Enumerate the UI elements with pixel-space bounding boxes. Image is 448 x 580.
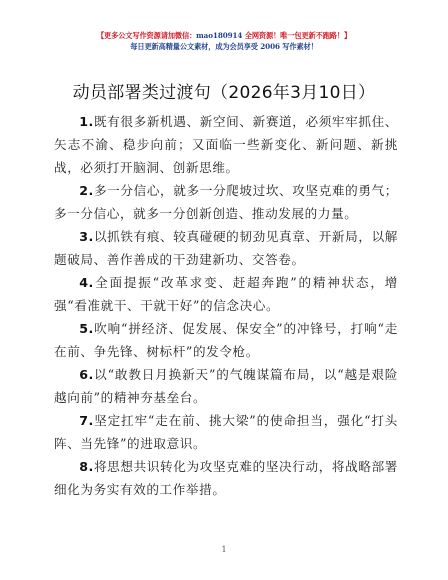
paragraph-number: 5. [79, 321, 94, 336]
document-page: 【更多公文写作资源请加微信：mao180914 全网资源！唯一包更新不跑路！】 … [0, 0, 448, 580]
document-title: 动员部署类过渡句（2026年3月10日） [0, 82, 448, 104]
paragraph-text: 以抓铁有痕、较真碰硬的韧劲见真章、开新局，以解题破局、善作善成的干劲建新功、交答… [54, 229, 398, 267]
paragraph-5: 5.吹响“拼经济、促发展、保安全”的冲锋号，打响“走在前、争先锋、树标杆”的发令… [54, 318, 398, 364]
promo-wechat-id: mao180914 [196, 31, 242, 40]
paragraph-number: 7. [79, 413, 94, 428]
promo-banner-line-2: 每日更新高精量公文素材，成为会员享受 2006 写作素材！ [0, 42, 448, 52]
paragraph-number: 4. [79, 275, 94, 290]
paragraph-number: 1. [79, 114, 94, 129]
paragraph-7: 7.坚定扛牢“走在前、挑大梁”的使命担当，强化“打头阵、当先锋”的进取意识。 [54, 410, 398, 456]
paragraph-8: 8.将思想共识转化为攻坚克难的坚决行动，将战略部署细化为务实有效的工作举措。 [54, 456, 398, 502]
paragraph-4: 4.全面提振“改革求变、赶超奔跑”的精神状态，增强“看准就干、干就干好”的信念决… [54, 272, 398, 318]
paragraph-6: 6.以“敢教日月换新天”的气魄谋篇布局，以“越是艰险越向前”的精神夯基垒台。 [54, 364, 398, 410]
document-body: 1.既有很多新机遇、新空间、新赛道，必须牢牢抓住、矢志不渝、稳步向前；又面临一些… [54, 111, 398, 502]
promo-prefix: 【更多公文写作资源请加微信： [97, 31, 196, 40]
paragraph-text: 吹响“拼经济、促发展、保安全”的冲锋号，打响“走在前、争先锋、树标杆”的发令枪。 [54, 321, 398, 359]
paragraph-text: 以“敢教日月换新天”的气魄谋篇布局，以“越是艰险越向前”的精神夯基垒台。 [54, 367, 398, 405]
paragraph-number: 3. [79, 229, 94, 244]
paragraph-number: 6. [79, 367, 94, 382]
paragraph-number: 8. [79, 459, 94, 474]
paragraph-3: 3.以抓铁有痕、较真碰硬的韧劲见真章、开新局，以解题破局、善作善成的干劲建新功、… [54, 226, 398, 272]
paragraph-text: 坚定扛牢“走在前、挑大梁”的使命担当，强化“打头阵、当先锋”的进取意识。 [54, 413, 398, 451]
promo-suffix: 全网资源！唯一包更新不跑路！】 [242, 31, 351, 40]
paragraph-number: 2. [79, 183, 94, 198]
page-number: 1 [0, 545, 448, 554]
paragraph-text: 将思想共识转化为攻坚克难的坚决行动，将战略部署细化为务实有效的工作举措。 [54, 459, 398, 497]
promo-banner-line-1: 【更多公文写作资源请加微信：mao180914 全网资源！唯一包更新不跑路！】 [0, 31, 448, 41]
paragraph-text: 既有很多新机遇、新空间、新赛道，必须牢牢抓住、矢志不渝、稳步向前；又面临一些新变… [54, 114, 398, 175]
paragraph-text: 全面提振“改革求变、赶超奔跑”的精神状态，增强“看准就干、干就干好”的信念决心。 [54, 275, 398, 313]
paragraph-text: 多一分信心，就多一分爬坡过坎、攻坚克难的勇气；多一分信心，就多一分创新创造、推动… [54, 183, 398, 221]
paragraph-2: 2.多一分信心，就多一分爬坡过坎、攻坚克难的勇气；多一分信心，就多一分创新创造、… [54, 180, 398, 226]
paragraph-1: 1.既有很多新机遇、新空间、新赛道，必须牢牢抓住、矢志不渝、稳步向前；又面临一些… [54, 111, 398, 179]
